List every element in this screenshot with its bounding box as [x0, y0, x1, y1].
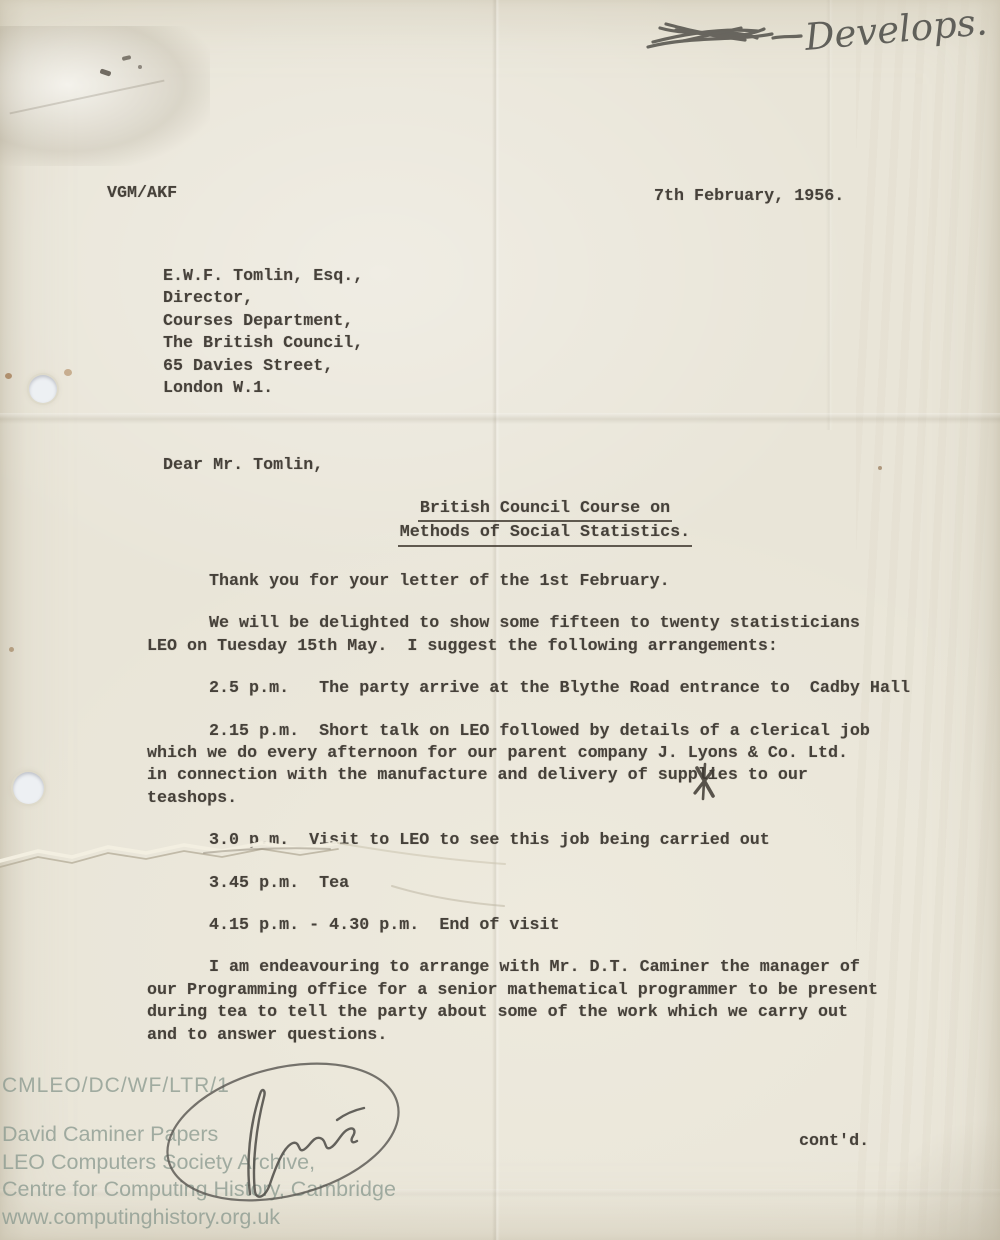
letter-date: 7th February, 1956. [654, 186, 844, 208]
watermark-line: David Caminer Papers [2, 1121, 396, 1149]
crumpled-corner [0, 26, 210, 166]
letter-line: We will be delighted to show some fiftee… [147, 613, 937, 635]
letter-line: and to answer questions. [147, 1025, 937, 1047]
archive-watermark: David Caminer PapersLEO Computers Societ… [2, 1121, 396, 1231]
continuation-mark: cont'd. [799, 1131, 869, 1153]
letter-body: Thank you for your letter of the 1st Feb… [147, 571, 937, 1047]
archive-reference-watermark: CMLEO/DC/WF/LTR/1 [2, 1074, 230, 1098]
letter-line: I am endeavouring to arrange with Mr. D.… [147, 957, 937, 979]
letter-line: 3.45 p.m. Tea [147, 873, 937, 895]
staple-mark [122, 55, 132, 61]
bottom-right-shading [870, 1120, 1000, 1240]
letter-line: our Programming office for a senior math… [147, 980, 937, 1002]
letter-line: in connection with the manufacture and d… [147, 765, 937, 787]
letter-line: Thank you for your letter of the 1st Feb… [147, 571, 937, 593]
letter-line: teashops. [147, 788, 937, 810]
watermark-line: Centre for Computing History, Cambridge [2, 1176, 396, 1204]
letter-line: which we do every afternoon for our pare… [147, 743, 937, 765]
subject-line: Methods of Social Statistics. [398, 522, 692, 546]
address-line: Director, [163, 288, 363, 310]
handwritten-scribble [648, 24, 801, 47]
address-line: E.W.F. Tomlin, Esq., [163, 266, 363, 288]
handwritten-note: Develops. [802, 0, 989, 59]
letter-line: 3.0 p.m. Visit to LEO to see this job be… [147, 830, 937, 852]
vertical-fold-crease-top [826, 0, 833, 430]
staple-mark [99, 68, 111, 76]
horizontal-fold-crease [0, 413, 1000, 424]
corner-crease [10, 80, 165, 115]
subject-line: British Council Course on [418, 498, 672, 522]
signature-circle [153, 1041, 413, 1222]
letter-line: 2.15 p.m. Short talk on LEO followed by … [147, 721, 937, 743]
letter-line: LEO on Tuesday 15th May. I suggest the f… [147, 636, 937, 658]
horizontal-fold-crease-bottom [0, 1189, 1000, 1198]
rust-spot [878, 466, 882, 470]
address-line: 65 Davies Street, [163, 356, 363, 378]
reference-code: VGM/AKF [107, 183, 177, 205]
address-line: The British Council, [163, 333, 363, 355]
rust-spot [64, 369, 72, 376]
address-line: Courses Department, [163, 311, 363, 333]
hole-punch-top [29, 375, 57, 403]
rust-spot [9, 647, 14, 652]
watermark-line: www.computinghistory.org.uk [2, 1204, 396, 1232]
watermark-line: LEO Computers Society Archive, [2, 1149, 396, 1177]
hole-punch-bottom [13, 772, 44, 804]
subject-heading: British Council Course onMethods of Soci… [240, 498, 850, 547]
salutation: Dear Mr. Tomlin, [163, 455, 323, 477]
rust-spot [5, 373, 12, 379]
letter-line: 2.5 p.m. The party arrive at the Blythe … [147, 678, 937, 700]
address-line: London W.1. [163, 378, 363, 400]
letter-line: during tea to tell the party about some … [147, 1002, 937, 1024]
recipient-address: E.W.F. Tomlin, Esq.,Director,Courses Dep… [163, 266, 363, 400]
staple-mark [138, 65, 142, 69]
signature-handwriting [248, 1090, 364, 1197]
letter-line: 4.15 p.m. - 4.30 p.m. End of visit [147, 915, 937, 937]
scanned-letter-page: VGM/AKF 7th February, 1956. E.W.F. Tomli… [0, 0, 1000, 1240]
